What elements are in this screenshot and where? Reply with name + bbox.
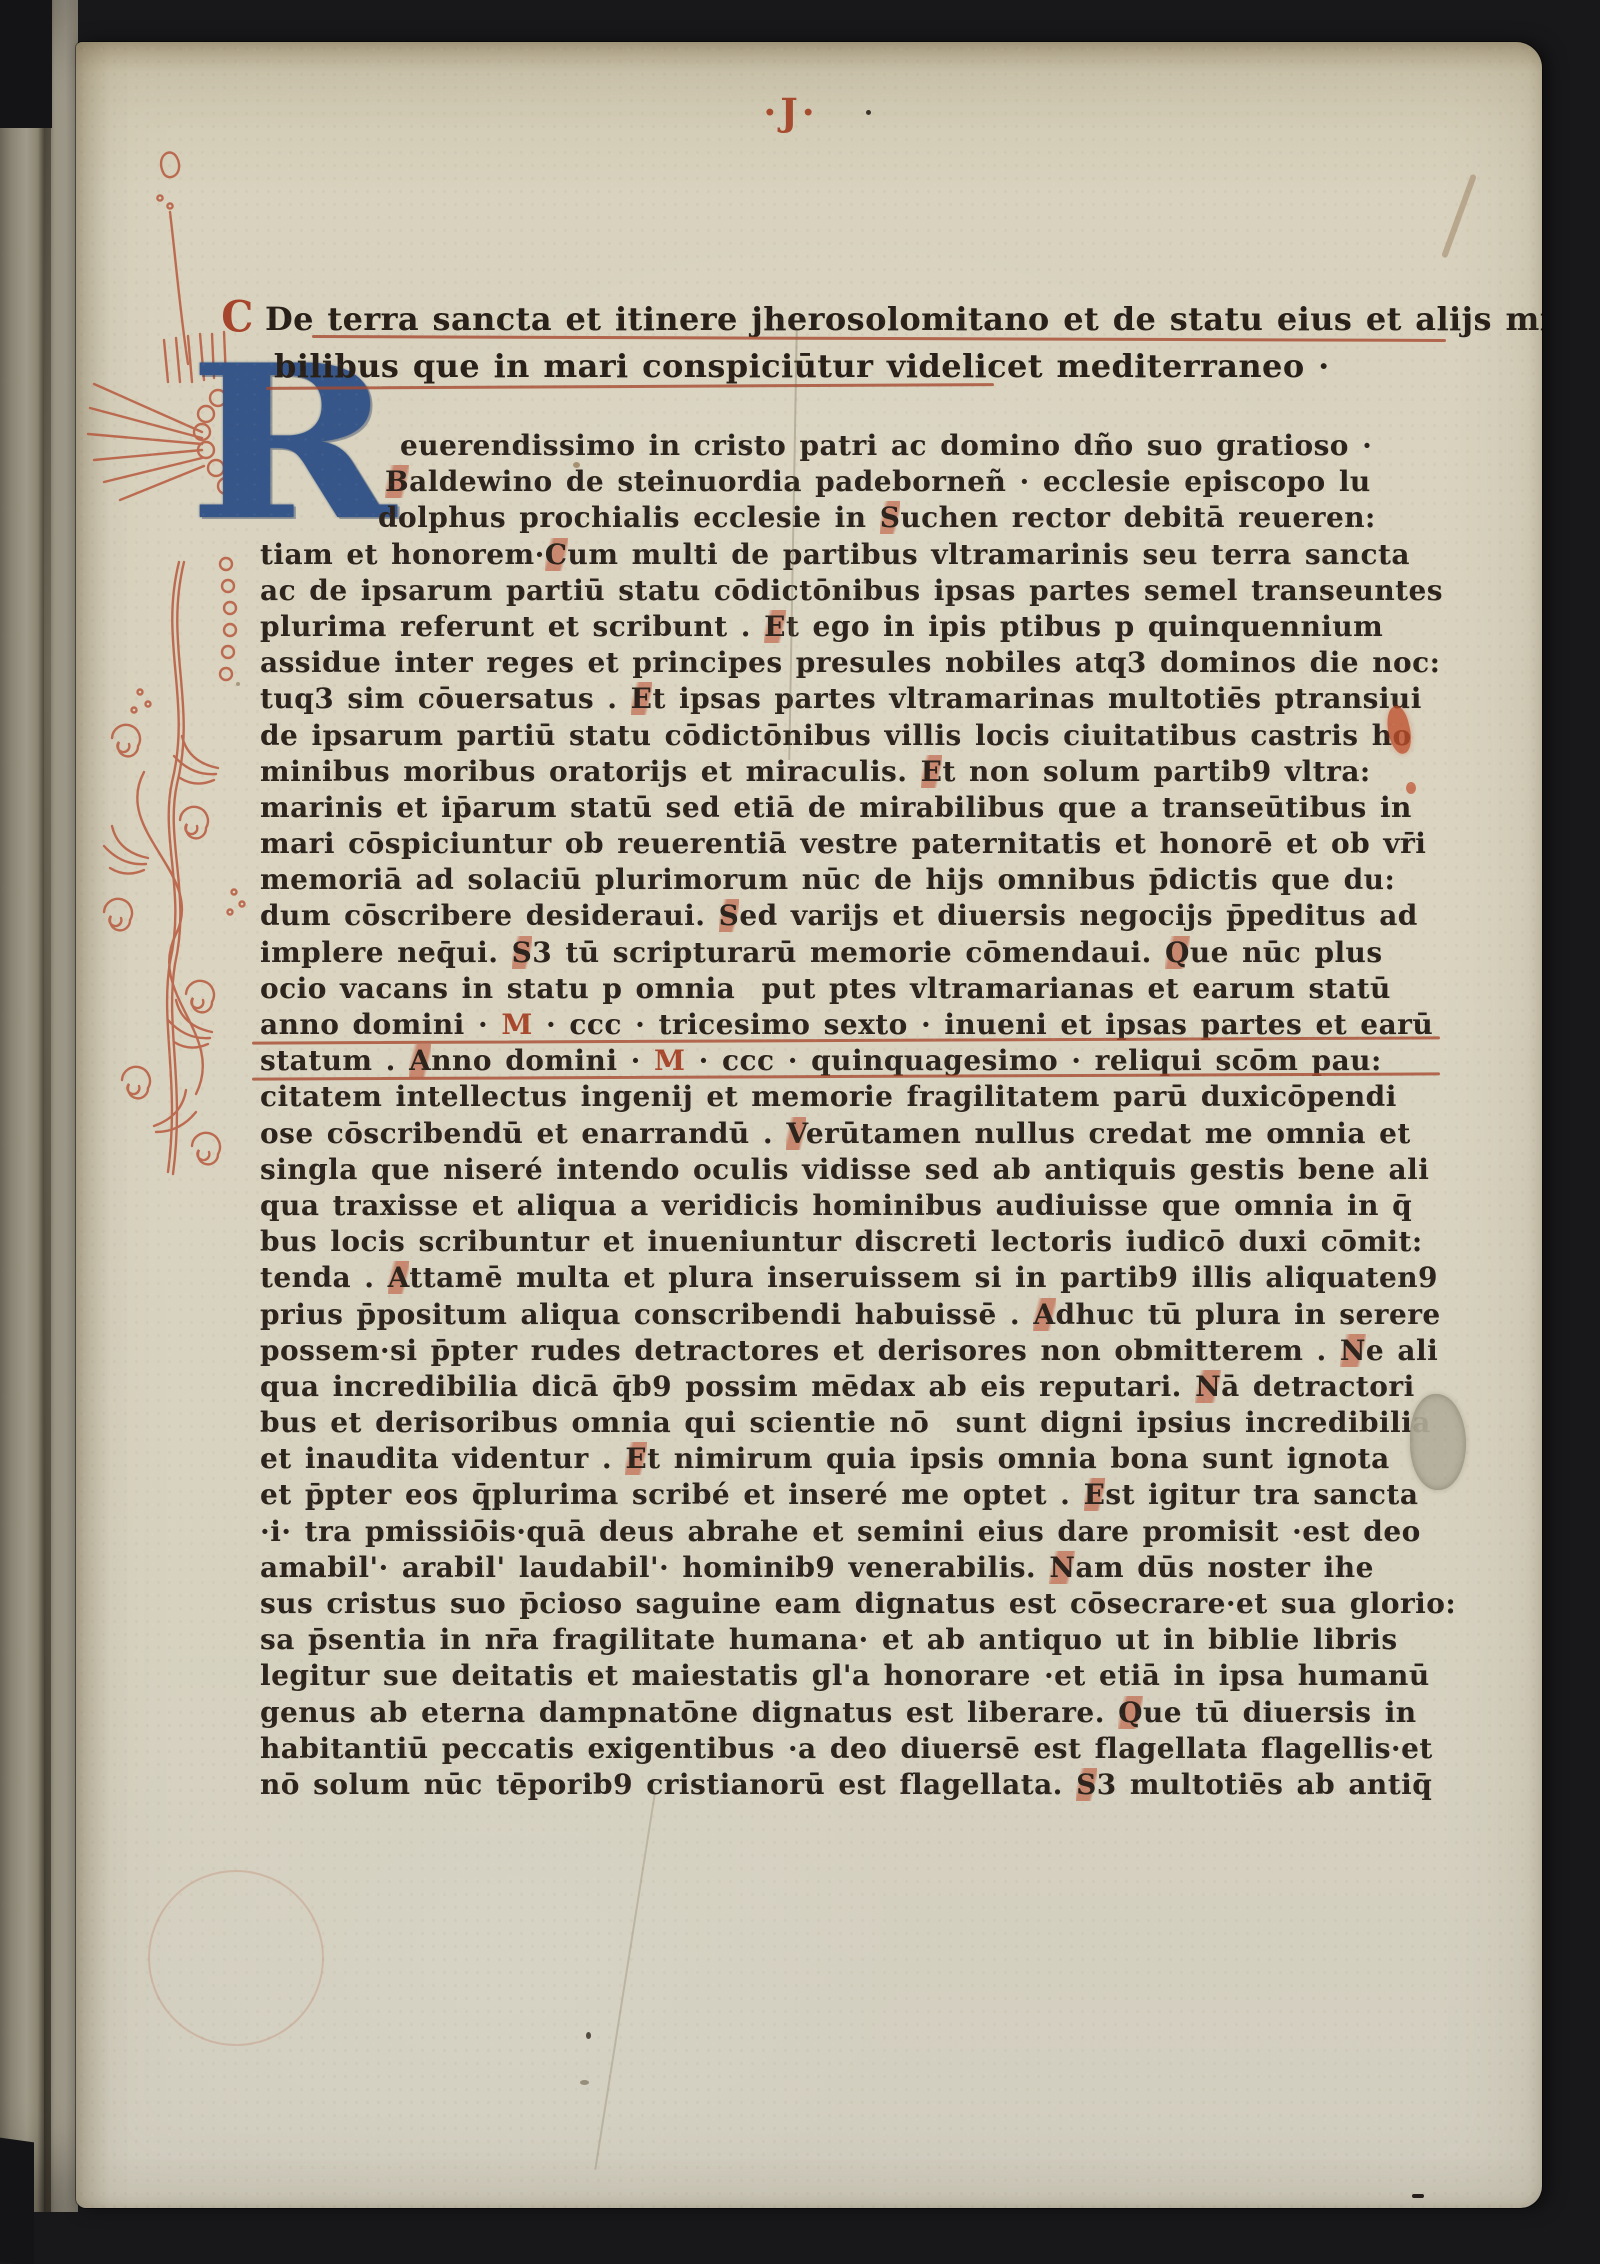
text-segment: ed varijs et diuersis negocijs p̄peditus… xyxy=(739,899,1418,932)
text-line: memoriā ad solaciū plurimorum nūc de hij… xyxy=(260,862,1426,898)
text-segment: t ipsas partes vltramarinas multotiēs pt… xyxy=(652,682,1421,715)
text-segment: citatem intellectus ingenij et memorie f… xyxy=(260,1080,1397,1113)
text-segment: sa p̄sentia in nr̄a fragilitate humana· … xyxy=(260,1623,1398,1656)
text-segment: t nimirum quia ipsis omnia bona sunt ign… xyxy=(647,1442,1390,1475)
text-line: ac de ipsarum partiū statu cōdictōnibus … xyxy=(260,573,1426,609)
rubricated-capital: C xyxy=(545,538,568,571)
text-segment: implere neq̄ui. xyxy=(260,936,512,969)
text-segment: anno domini · xyxy=(260,1008,501,1041)
text-line: anno domini · M · ccc · tricesimo sexto … xyxy=(260,1007,1426,1043)
text-line: statum . Anno domini · M · ccc · quinqua… xyxy=(260,1043,1426,1079)
text-segment: statum . xyxy=(260,1044,409,1077)
text-line: de ipsarum partiū statu cōdictōnibus vil… xyxy=(260,718,1426,754)
text-segment: t non solum partib9 vltra: xyxy=(942,755,1370,788)
rubricated-capital: E xyxy=(764,610,786,643)
rubricated-capital: A xyxy=(388,1261,410,1294)
text-line: ocio vacans in statu p omnia put ptes vl… xyxy=(260,971,1426,1007)
text-segment: ue tū diuersis in xyxy=(1143,1696,1417,1729)
text-line: tiam et honorem·Cum multi de partibus vl… xyxy=(260,537,1426,573)
text-line: dolphus prochialis ecclesie in Suchen re… xyxy=(260,500,1426,536)
manuscript-page: R ·J· CDe terra sancta et itinere jheros… xyxy=(76,42,1542,2208)
text-line: qua incredibilia dicā q̄b9 possim mēdax … xyxy=(260,1369,1426,1405)
faint-ring-stain xyxy=(148,1870,324,2046)
text-line: et inaudita videntur . Et nimirum quia i… xyxy=(260,1441,1426,1477)
gutter-fold-shadow xyxy=(44,0,51,2212)
rubricated-capital: S xyxy=(1076,1768,1097,1801)
ink-speck xyxy=(1412,2194,1424,2198)
pilcrow-mark: C xyxy=(221,291,254,345)
brown-streak xyxy=(1441,174,1477,259)
text-segment: qua traxisse et aliqua a veridicis homin… xyxy=(260,1189,1412,1222)
text-segment: dolphus prochialis ecclesie in xyxy=(378,501,880,534)
text-line: possem·si p̄pter rudes detractores et de… xyxy=(260,1333,1426,1369)
text-segment: nno domini · xyxy=(431,1044,654,1077)
rubricated-capital: S xyxy=(719,899,740,932)
rubricated-capital: A xyxy=(409,1044,431,1077)
text-segment: singla que niseré intendo oculis vidisse… xyxy=(260,1153,1429,1186)
rubricated-capital: E xyxy=(631,682,653,715)
text-segment: possem·si p̄pter rudes detractores et de… xyxy=(260,1334,1340,1367)
text-line: implere neq̄ui. S3 tū scripturarū memori… xyxy=(260,935,1426,971)
folio-number: ·J· xyxy=(731,90,851,134)
rubricated-capital: B xyxy=(385,465,409,498)
heading-line: CDe terra sancta et itinere jherosolomit… xyxy=(222,294,1428,342)
text-line: bus et derisoribus omnia qui scientie nō… xyxy=(260,1405,1426,1441)
text-segment: qua incredibilia dicā q̄b9 possim mēdax … xyxy=(260,1370,1195,1403)
text-segment: ac de ipsarum partiū statu cōdictōnibus … xyxy=(260,574,1443,607)
rubricated-capital: E xyxy=(625,1442,647,1475)
text-segment: et inaudita videntur . xyxy=(260,1442,625,1475)
text-line: citatem intellectus ingenij et memorie f… xyxy=(260,1079,1426,1115)
text-segment: euerendissimo in cristo patri ac domino … xyxy=(400,429,1372,462)
text-segment: ose cōscribendū et enarrandū . xyxy=(260,1117,786,1150)
text-segment: tenda . xyxy=(260,1261,388,1294)
text-segment: amabil'· arabil' laudabil'· hominib9 ven… xyxy=(260,1551,1049,1584)
text-segment: erūtamen nullus credat me omnia et xyxy=(806,1117,1411,1150)
text-segment: um multi de partibus vltramarinis seu te… xyxy=(568,538,1410,571)
text-line: minibus moribus oratorijs et miraculis. … xyxy=(260,754,1426,790)
text-segment: assidue inter reges et principes presule… xyxy=(260,646,1440,679)
text-line: qua traxisse et aliqua a veridicis homin… xyxy=(260,1188,1426,1224)
text-segment: ue nūc plus xyxy=(1190,936,1383,969)
paper-crease xyxy=(594,1794,655,2170)
text-segment: dum cōscribere desideraui. xyxy=(260,899,719,932)
text-line: nō solum nūc tēporib9 cristianorū est fl… xyxy=(260,1767,1426,1803)
text-segment: e ali xyxy=(1366,1334,1438,1367)
text-line: assidue inter reges et principes presule… xyxy=(260,645,1426,681)
text-line: marinis et ip̄arum statū sed etiā de mir… xyxy=(260,790,1426,826)
text-line: legitur sue deitatis et maiestatis gl'a … xyxy=(260,1658,1426,1694)
body-text-block: euerendissimo in cristo patri ac domino … xyxy=(260,428,1426,1803)
text-segment: bilibus que in mari conspiciūtur videlic… xyxy=(274,347,1330,385)
page-edge-shading-top xyxy=(76,42,1542,72)
text-segment: De terra sancta et itinere jherosolomita… xyxy=(265,300,1542,338)
text-segment: genus ab eterna dampnatōne dignatus est … xyxy=(260,1696,1118,1729)
text-line: sus cristus suo p̄cioso saguine eam dign… xyxy=(260,1586,1426,1622)
text-line: bus locis scribuntur et inueniuntur disc… xyxy=(260,1224,1426,1260)
text-segment: marinis et ip̄arum statū sed etiā de mir… xyxy=(260,791,1412,824)
text-line: amabil'· arabil' laudabil'· hominib9 ven… xyxy=(260,1550,1426,1586)
scanned-book-page: R ·J· CDe terra sancta et itinere jheros… xyxy=(0,0,1600,2264)
text-line: dum cōscribere desideraui. Sed varijs et… xyxy=(260,898,1426,934)
text-segment: ocio vacans in statu p omnia put ptes vl… xyxy=(260,972,1391,1005)
red-letter: M xyxy=(501,1008,532,1041)
text-line: Baldewino de steinuordia padeborneñ · ec… xyxy=(260,464,1426,500)
rubricated-capital: N xyxy=(1340,1334,1366,1367)
rubricated-capital: Q xyxy=(1165,936,1190,969)
rubricated-capital: Q xyxy=(1118,1696,1143,1729)
text-segment: sus cristus suo p̄cioso saguine eam dign… xyxy=(260,1587,1456,1620)
text-line: tuq3 sim cōuersatus . Et ipsas partes vl… xyxy=(260,681,1426,717)
text-line: sa p̄sentia in nr̄a fragilitate humana· … xyxy=(260,1622,1426,1658)
ink-speck xyxy=(586,2032,591,2039)
text-segment: tuq3 sim cōuersatus . xyxy=(260,682,631,715)
text-segment: 3 multotiēs ab antiq̄ xyxy=(1097,1768,1432,1801)
text-segment: plurima referunt et scribunt . xyxy=(260,610,764,643)
ink-speck xyxy=(580,2080,589,2085)
text-segment: bus locis scribuntur et inueniuntur disc… xyxy=(260,1225,1423,1258)
rubricated-capital: S xyxy=(512,936,533,969)
text-line: singla que niseré intendo oculis vidisse… xyxy=(260,1152,1426,1188)
text-line: habitantiū peccatis exigentibus ·a deo d… xyxy=(260,1731,1426,1767)
rubricated-capital: A xyxy=(1033,1298,1055,1331)
text-segment: ·i· tra pmissiōis·quā deus abrahe et sem… xyxy=(260,1515,1421,1548)
text-segment: st igitur tra sancta xyxy=(1105,1478,1418,1511)
rubricated-capital: S xyxy=(880,501,901,534)
rubricated-capital: E xyxy=(1084,1478,1106,1511)
text-line: ·i· tra pmissiōis·quā deus abrahe et sem… xyxy=(260,1514,1426,1550)
text-segment: habitantiū peccatis exigentibus ·a deo d… xyxy=(260,1732,1433,1765)
ink-speck xyxy=(866,110,871,115)
text-segment: aldewino de steinuordia padeborneñ · ecc… xyxy=(409,465,1371,498)
text-segment: dhuc tū plura in serere xyxy=(1056,1298,1441,1331)
text-segment: 3 tū scripturarū memorie cōmendaui. xyxy=(532,936,1165,969)
text-line: genus ab eterna dampnatōne dignatus est … xyxy=(260,1695,1426,1731)
text-line: prius p̄positum aliqua conscribendi habu… xyxy=(260,1297,1426,1333)
text-segment: memoriā ad solaciū plurimorum nūc de hij… xyxy=(260,863,1395,896)
text-segment: nō solum nūc tēporib9 cristianorū est fl… xyxy=(260,1768,1076,1801)
text-segment: ttamē multa et plura inseruissem si in p… xyxy=(409,1261,1438,1294)
text-line: ose cōscribendū et enarrandū . Verūtamen… xyxy=(260,1116,1426,1152)
text-line: mari cōspiciuntur ob reuerentiā vestre p… xyxy=(260,826,1426,862)
text-segment: de ipsarum partiū statu cōdictōnibus vil… xyxy=(260,719,1412,752)
text-line: et p̄pter eos q̄plurima scribé et inseré… xyxy=(260,1477,1426,1513)
rubric-heading: CDe terra sancta et itinere jherosolomit… xyxy=(222,294,1428,390)
rubricated-capital: N xyxy=(1195,1370,1221,1403)
text-segment: legitur sue deitatis et maiestatis gl'a … xyxy=(260,1659,1430,1692)
rubricated-capital: V xyxy=(786,1117,806,1150)
text-segment: bus et derisoribus omnia qui scientie nō… xyxy=(260,1406,1431,1439)
text-segment: tiam et honorem· xyxy=(260,538,545,571)
heading-line: bilibus que in mari conspiciūtur videlic… xyxy=(222,342,1428,390)
rubricated-capital: E xyxy=(921,755,943,788)
text-line: euerendissimo in cristo patri ac domino … xyxy=(260,428,1426,464)
text-segment: et p̄pter eos q̄plurima scribé et inseré… xyxy=(260,1478,1084,1511)
background-bottom-left xyxy=(0,2138,34,2264)
text-segment: mari cōspiciuntur ob reuerentiā vestre p… xyxy=(260,827,1426,860)
rubricated-capital: N xyxy=(1049,1551,1075,1584)
book-gutter xyxy=(0,0,78,2212)
text-segment: prius p̄positum aliqua conscribendi habu… xyxy=(260,1298,1033,1331)
text-segment: minibus moribus oratorijs et miraculis. xyxy=(260,755,921,788)
page-edge-shading-left xyxy=(76,42,110,2208)
text-segment: ā detractori xyxy=(1221,1370,1415,1403)
text-line: tenda . Attamē multa et plura inseruisse… xyxy=(260,1260,1426,1296)
text-segment: t ego in ipis ptibus p quinquennium xyxy=(786,610,1383,643)
background-top-left xyxy=(0,0,52,128)
ink-speck xyxy=(236,682,240,686)
text-segment: am dūs noster ihe xyxy=(1075,1551,1373,1584)
red-letter: M xyxy=(654,1044,685,1077)
text-line: plurima referunt et scribunt . Et ego in… xyxy=(260,609,1426,645)
text-segment: uchen rector debitā reueren: xyxy=(900,501,1375,534)
